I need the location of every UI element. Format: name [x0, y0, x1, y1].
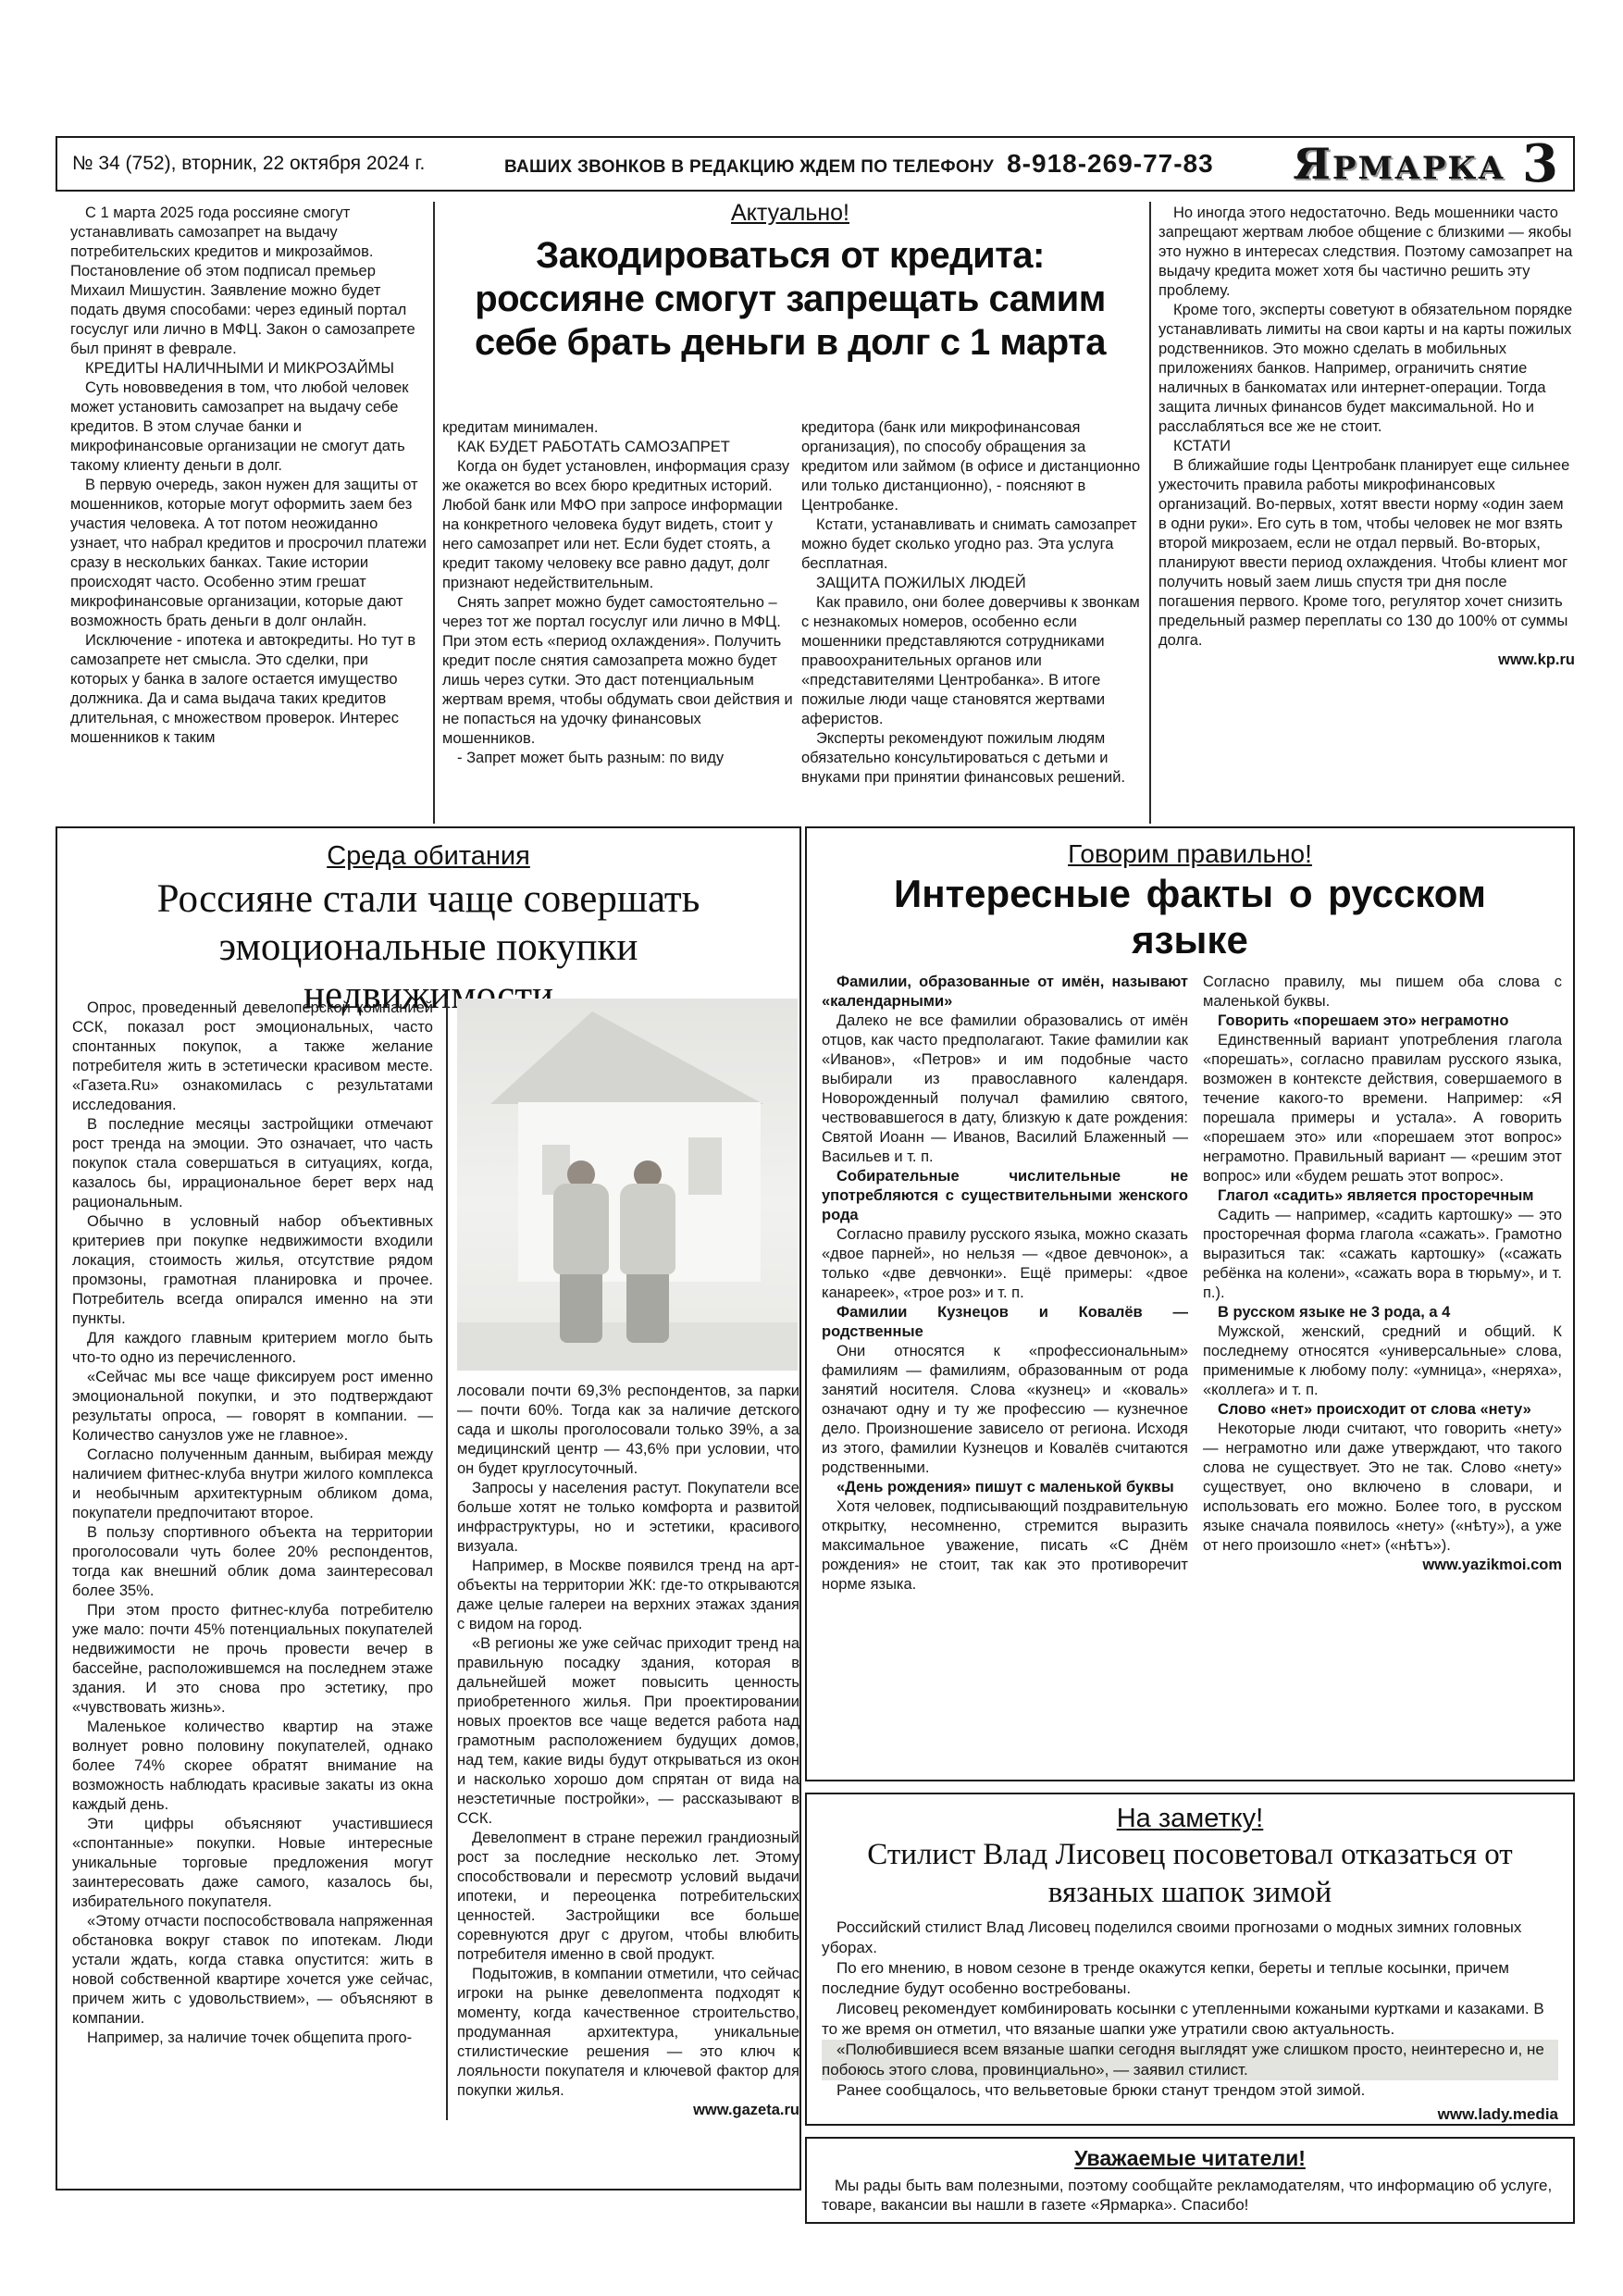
house-window-shape — [688, 1137, 722, 1195]
article-paragraph: Кроме того, эксперты советуют в обязател… — [1158, 301, 1575, 437]
article-paragraph: Например, за наличие точек общепита прог… — [72, 2029, 433, 2048]
article-paragraph: «В регионы же уже сейчас приходит тренд … — [457, 1634, 799, 1829]
source-link: www.yazikmoi.com — [1203, 1556, 1562, 1575]
man-silhouette — [553, 1160, 609, 1343]
housing-article: Среда обитания Россияне стали чаще совер… — [56, 826, 801, 2191]
stylist-article-body: Российский стилист Влад Лисовец поделилс… — [822, 1917, 1558, 2125]
phone-number: 8-918-269-77-83 — [1007, 149, 1214, 179]
article-paragraph: «Сейчас мы все чаще фиксируем рост именн… — [72, 1368, 433, 1446]
article-paragraph: Согласно правилу, мы пишем оба слова с м… — [1203, 973, 1562, 1011]
phone-banner: ВАШИХ ЗВОНКОВ В РЕДАКЦИЮ ЖДЕМ ПО ТЕЛЕФОН… — [504, 149, 1214, 179]
article-paragraph: В ближайшие годы Центробанк планирует ещ… — [1158, 456, 1575, 651]
article-paragraph: Но иногда этого недостаточно. Ведь мошен… — [1158, 204, 1575, 301]
couple-house-photo — [457, 999, 798, 1371]
article-subhead: Собирательные числительные не употребляю… — [822, 1167, 1188, 1225]
article-paragraph: Обычно в условный набор объективных крит… — [72, 1212, 433, 1329]
article-subhead: КСТАТИ — [1158, 437, 1575, 456]
article-paragraph: В пользу спортивного объекта на территор… — [72, 1523, 433, 1601]
language-article: Говорим правильно! Интересные факты о ру… — [805, 826, 1575, 1781]
article-paragraph: Подытожив, в компании отметили, что сейч… — [457, 1965, 799, 2101]
article-headline: Интересные факты о русском языке — [885, 871, 1495, 963]
credit-article-head: Актуально! Закодироваться от кредита: ро… — [435, 200, 1146, 365]
language-article-col-right: Согласно правилу, мы пишем оба слова с м… — [1203, 973, 1562, 1765]
phone-label: ВАШИХ ЗВОНКОВ В РЕДАКЦИЮ ЖДЕМ ПО ТЕЛЕФОН… — [504, 157, 994, 178]
article-headline: Закодироваться от кредита: россияне смог… — [466, 234, 1114, 365]
article-paragraph: В первую очередь, закон нужен для защиты… — [70, 476, 429, 631]
article-paragraph: лосовали почти 69,3% респондентов, за па… — [457, 1382, 799, 1479]
source-link: www.lady.media — [822, 2104, 1558, 2125]
page-header: № 34 (752), вторник, 22 октября 2024 г. … — [56, 136, 1575, 192]
article-paragraph: Они относятся к «профессиональным» фамил… — [822, 1342, 1188, 1478]
page-number: 3 — [1522, 138, 1558, 190]
article-paragraph: В последние месяцы застройщики отмечают … — [72, 1115, 433, 1212]
article-paragraph: Единственный вариант употребления глагол… — [1203, 1031, 1562, 1186]
article-paragraph: Суть нововведения в том, что любой челов… — [70, 379, 429, 476]
article-paragraph: Как правило, они более доверчивы к звонк… — [801, 593, 1146, 729]
article-subhead: ЗАЩИТА ПОЖИЛЫХ ЛЮДЕЙ — [801, 574, 1146, 593]
person-legs-shape — [626, 1274, 669, 1343]
article-paragraph: По его мнению, в новом сезоне в тренде о… — [822, 1958, 1558, 1999]
highlighted-quote: «Полюбившиеся всем вязаные шапки сегодня… — [822, 2040, 1558, 2080]
article-paragraph: Российский стилист Влад Лисовец поделилс… — [822, 1917, 1558, 1958]
house-roof-shape — [490, 1011, 763, 1104]
article-paragraph: Мужской, женский, средний и общий. К пос… — [1203, 1322, 1562, 1400]
section-kicker: На заметку! — [807, 1804, 1573, 1834]
article-paragraph: Ранее сообщалось, что вельветовые брюки … — [822, 2080, 1558, 2101]
article-paragraph: Когда он будет установлен, информация ср… — [442, 457, 794, 593]
article-subhead: Слово «нет» происходит от слова «нету» — [1203, 1400, 1562, 1420]
article-paragraph: Согласно правилу русского языка, можно с… — [822, 1225, 1188, 1303]
housing-article-col-right: лосовали почти 69,3% респондентов, за па… — [446, 999, 799, 2120]
article-paragraph: С 1 марта 2025 года россияне смогут уста… — [70, 204, 429, 359]
readers-notice: Уважаемые читатели! Мы рады быть вам пол… — [805, 2137, 1575, 2224]
article-paragraph: Лисовец рекомендует комбинировать косынк… — [822, 1999, 1558, 2040]
masthead-title: ЯРМАРКА — [1293, 139, 1505, 189]
article-paragraph: Некоторые люди считают, что говорить «не… — [1203, 1420, 1562, 1556]
issue-info: № 34 (752), вторник, 22 октября 2024 г. — [72, 153, 425, 175]
source-link: www.kp.ru — [1158, 651, 1575, 670]
article-paragraph: кредитам минимален. — [442, 418, 794, 438]
newspaper-page: № 34 (752), вторник, 22 октября 2024 г. … — [0, 0, 1623, 2296]
article-paragraph: Девелопмент в стране пережил грандиозный… — [457, 1829, 799, 1965]
article-subhead: Говорить «порешаем это» неграмотно — [1203, 1011, 1562, 1031]
column-rule — [1149, 202, 1151, 824]
article-paragraph: Запросы у населения растут. Покупатели в… — [457, 1479, 799, 1557]
article-paragraph: Исключение - ипотека и автокредиты. Но т… — [70, 631, 429, 748]
section-kicker: Актуально! — [435, 200, 1146, 227]
notice-title: Уважаемые читатели! — [807, 2146, 1573, 2171]
article-paragraph: Эти цифры объясняют участившиеся «спонта… — [72, 1815, 433, 1912]
article-paragraph: Снять запрет можно будет самостоятельно … — [442, 593, 794, 749]
person-legs-shape — [560, 1274, 602, 1343]
credit-article-col3: кредитора (банк или микрофинансовая орга… — [801, 418, 1146, 825]
woman-silhouette — [620, 1160, 675, 1343]
article-paragraph: Эксперты рекомендуют пожилым людям обяза… — [801, 729, 1146, 788]
notice-text: Мы рады быть вам полезными, поэтому сооб… — [822, 2176, 1558, 2215]
article-paragraph: При этом просто фитнес-клуба потребителю… — [72, 1601, 433, 1718]
person-torso-shape — [553, 1184, 609, 1274]
article-paragraph: Опрос, проведенный девелоперской компани… — [72, 999, 433, 1115]
article-subhead: Глагол «садить» является просторечным — [1203, 1186, 1562, 1206]
article-paragraph: «Этому отчасти поспособствовала напряжен… — [72, 1912, 433, 2029]
article-paragraph: Кстати, устанавливать и снимать самозапр… — [801, 515, 1146, 574]
article-paragraph: Согласно полученным данным, выбирая межд… — [72, 1446, 433, 1523]
article-subhead: КРЕДИТЫ НАЛИЧНЫМИ И МИКРОЗАЙМЫ — [70, 359, 429, 379]
article-paragraph: Далеко не все фамилии образовались от им… — [822, 1011, 1188, 1167]
source-link: www.gazeta.ru — [457, 2101, 799, 2120]
masthead: ЯРМАРКА 3 — [1293, 138, 1558, 190]
article-subhead: КАК БУДЕТ РАБОТАТЬ САМОЗАПРЕТ — [442, 438, 794, 457]
article-paragraph: Например, в Москве появился тренд на арт… — [457, 1557, 799, 1634]
section-kicker: Говорим правильно! — [807, 839, 1573, 869]
article-subhead: Фамилии Кузнецов и Ковалёв — родственные — [822, 1303, 1188, 1342]
article-paragraph: Хотя человек, подписывающий поздравитель… — [822, 1497, 1188, 1595]
housing-article-col-left: Опрос, проведенный девелоперской компани… — [72, 999, 433, 2174]
article-paragraph: Для каждого главным критерием могло быть… — [72, 1329, 433, 1368]
article-subhead: В русском языке не 3 рода, а 4 — [1203, 1303, 1562, 1322]
credit-article-col1: С 1 марта 2025 года россияне смогут уста… — [70, 204, 429, 827]
article-subhead: «День рождения» пишут с маленькой буквы — [822, 1478, 1188, 1497]
article-paragraph: Маленькое количество квартир на этаже во… — [72, 1718, 433, 1815]
person-torso-shape — [620, 1184, 675, 1274]
article-paragraph: кредитора (банк или микрофинансовая орга… — [801, 418, 1146, 515]
language-article-col-left: Фамилии, образованные от имён, называют … — [822, 973, 1188, 1765]
stylist-article: На заметку! Стилист Влад Лисовец посовет… — [805, 1793, 1575, 2126]
section-kicker: Среда обитания — [57, 841, 799, 872]
article-paragraph: Садить — например, «садить картошку» — э… — [1203, 1206, 1562, 1303]
article-subhead: Фамилии, образованные от имён, называют … — [822, 973, 1188, 1011]
credit-article-col2: кредитам минимален. КАК БУДЕТ РАБОТАТЬ С… — [442, 418, 794, 825]
article-headline: Стилист Влад Лисовец посоветовал отказат… — [866, 1836, 1514, 1912]
article-paragraph: - Запрет может быть разным: по виду — [442, 749, 794, 768]
credit-article-col4: Но иногда этого недостаточно. Ведь мошен… — [1158, 204, 1575, 829]
